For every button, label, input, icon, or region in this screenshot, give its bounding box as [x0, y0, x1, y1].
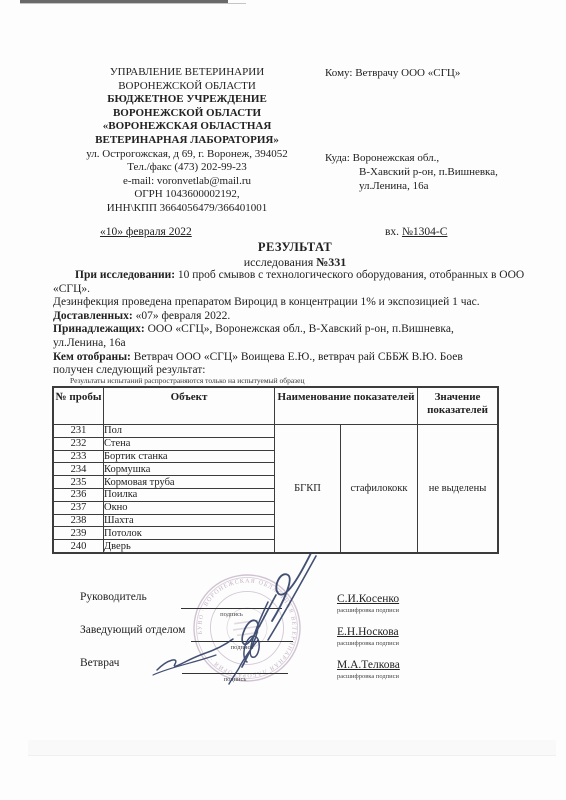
signature-name-caption: расшифровка подписи: [337, 673, 399, 680]
signature-role: Ветврач: [80, 657, 119, 669]
signature-line: [191, 640, 293, 642]
signature-name: М.А.Телкова: [337, 659, 400, 671]
signature-name-caption: расшифровка подписи: [337, 640, 399, 647]
signature-role: Заведующий отделом: [80, 624, 185, 636]
signature-caption: подпись: [191, 644, 293, 651]
scanned-document-page: УПРАВЛЕНИЕ ВЕТЕРИНАРИИ ВОРОНЕЖСКОЙ ОБЛАС…: [0, 0, 566, 800]
signature-line: [182, 672, 288, 674]
signature-role: Руководитель: [80, 591, 147, 603]
signature-caption: подпись: [182, 676, 288, 683]
signature-name: Е.Н.Носкова: [337, 626, 399, 638]
signature-caption: подпись: [181, 611, 282, 618]
signature-block: Руководитель подпись С.И.Косенко расшифр…: [0, 0, 566, 800]
signature-name: С.И.Косенко: [337, 593, 399, 605]
signature-name-caption: расшифровка подписи: [337, 607, 399, 614]
signature-line: [181, 607, 282, 609]
